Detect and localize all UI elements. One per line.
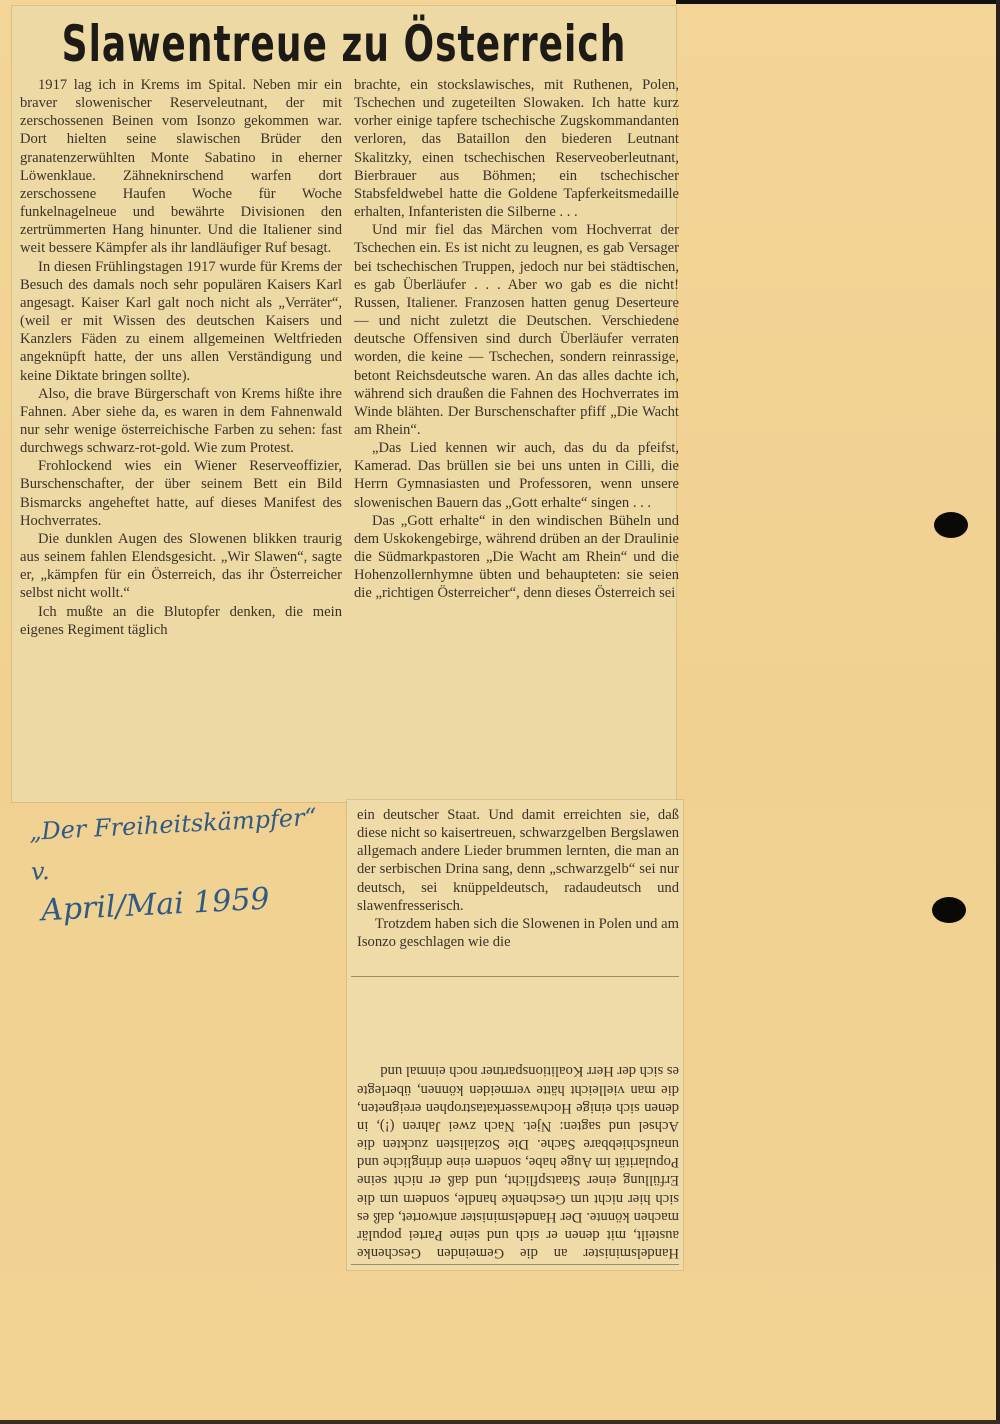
paragraph: „Das Lied kennen wir auch, das du da pfe… [354, 439, 679, 512]
sheet-bottom-edge [0, 1420, 1000, 1424]
newspaper-clipping-main: Slawentreue zu Österreich 1917 lag ich i… [12, 6, 676, 802]
handwritten-source-note: „Der Freiheitskämpfer“ v. April/Mai 1959 [28, 796, 334, 932]
paragraph: 1917 lag ich in Krems im Spital. Neben m… [20, 76, 342, 258]
newspaper-clipping-continuation: ein deutscher Staat. Und damit erreichte… [347, 800, 683, 1270]
paragraph: In diesen Frühlingstagen 1917 wurde für … [20, 258, 342, 385]
sheet-top-edge [676, 0, 1000, 4]
paragraph: Frohlockend wies ein Wiener Reserveoffiz… [20, 457, 342, 530]
archive-sheet: Slawentreue zu Österreich 1917 lag ich i… [0, 0, 1000, 1424]
clipping-cut-line [351, 1264, 679, 1265]
article-column-right: brachte, ein stockslawisches, mit Ruthen… [354, 76, 679, 603]
punch-hole-upper [934, 512, 968, 538]
clipping-cut-line [351, 976, 679, 977]
paragraph: ein deutscher Staat. Und damit erreichte… [357, 806, 679, 915]
paragraph: Handelsminister an die Gemeinden Geschen… [357, 1062, 679, 1262]
article-column-continuation: ein deutscher Staat. Und damit erreichte… [357, 806, 679, 951]
paragraph: Ich mußte an die Blutopfer denken, die m… [20, 603, 342, 639]
paragraph: Die dunklen Augen des Slowenen blikken t… [20, 530, 342, 603]
article-headline: Slawentreue zu Österreich [12, 16, 676, 74]
paragraph: brachte, ein stockslawisches, mit Ruthen… [354, 76, 679, 221]
punch-hole-lower [932, 897, 966, 923]
paragraph: Und mir fiel das Märchen vom Hochverrat … [354, 221, 679, 439]
upside-down-text-fragment: Handelsminister an die Gemeinden Geschen… [357, 980, 679, 1262]
sheet-right-edge [996, 0, 1000, 1424]
paragraph: Trotzdem haben sich die Slowenen in Pole… [357, 915, 679, 951]
article-column-left: 1917 lag ich in Krems im Spital. Neben m… [20, 76, 342, 639]
paragraph: Also, die brave Bürgerschaft von Krems h… [20, 385, 342, 458]
paragraph: Das „Gott erhalte“ in den windischen Büh… [354, 512, 679, 603]
